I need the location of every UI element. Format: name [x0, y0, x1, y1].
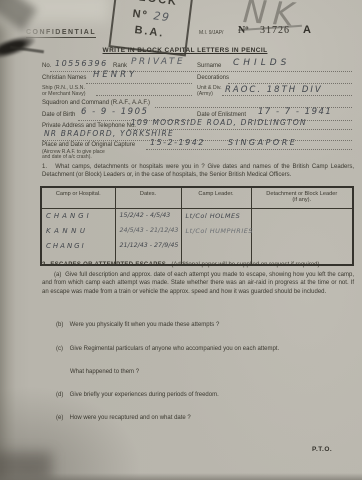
question-2e-letter: (e) [56, 415, 68, 421]
pto-note: P.T.O. [312, 446, 332, 453]
question-2-title: ESCAPES OR ATTEMPTED ESCAPES. [50, 262, 168, 268]
col-header-dates: Dates. [115, 187, 181, 209]
christian-names-label: Christian Names [42, 75, 86, 82]
leader-column: Lt/Col HOLMES Lt/Col HUMPHRIES [181, 209, 251, 266]
question-2c-text: Give Regimental particulars of anyone wh… [70, 346, 279, 352]
question-2-number: 2. [42, 262, 47, 268]
bottom-left-smudge [0, 452, 52, 480]
date-of-birth-value: 6 - 9 - 1905 [81, 107, 148, 117]
ref-label: M.I. 9/JAP/ [199, 30, 223, 36]
christian-names-value: HENRY [93, 70, 137, 80]
date-of-birth-label: Date of Birth [42, 112, 75, 119]
question-2d-letter: (d) [56, 392, 68, 398]
ref-suffix: A [303, 24, 311, 36]
field-line [96, 94, 192, 96]
camps-table-header-row: Camp or Hospital. Dates. Camp Leader. De… [41, 187, 353, 209]
question-2d: (d) Give briefly your experiences during… [56, 392, 219, 398]
camp-entry: CHANGI [46, 242, 113, 257]
ship-label-line2: or Merchant Navy) [42, 91, 86, 97]
surname-label: Surname [197, 63, 221, 70]
ref-no-label: Nº [238, 25, 249, 36]
ship-label: Ship (R.N., U.S.N. or Merchant Navy) [42, 85, 86, 98]
ref-number: 31726 [260, 25, 290, 36]
field-line [228, 82, 352, 84]
camps-table-body-row: CHANGI KANNU CHANGI 15/2/42 - 4/5/43 24/… [41, 209, 353, 266]
capture-place-value: SINGAPORE [228, 138, 297, 147]
dates-entry: 15/2/42 - 4/5/43 [120, 212, 179, 227]
question-2c: (c) Give Regimental particulars of anyon… [56, 346, 279, 352]
address-value-line1: 109 MOORSIDE ROAD, DRIDLINGTON [131, 118, 307, 127]
dates-entry: 24/5/43 - 21/12/43 [120, 227, 179, 242]
capture-sublabel-line2: and date of a/c crash). [42, 154, 92, 160]
question-2-heading: 2. ESCAPES OR ATTEMPTED ESCAPES. (Additi… [42, 262, 354, 268]
question-2a-letter: (a) [54, 272, 61, 278]
field-line [146, 148, 352, 150]
field-line [86, 82, 192, 84]
stamp-no-value: 29 [153, 9, 171, 24]
surname-value: CHILDS [233, 58, 290, 68]
question-2c-letter: (c) [56, 346, 68, 352]
question-2a-text: Give full description and approx. date o… [42, 272, 354, 295]
dates-entry: 21/12/43 - 27/9/45 [120, 242, 179, 257]
question-2b: (b) Were you physically fit when you mad… [56, 322, 219, 328]
dates-column: 15/2/42 - 4/5/43 24/5/43 - 21/12/43 21/1… [115, 209, 181, 266]
squadron-label: Squadron and Command (R.A.F., A.A.F.) [42, 100, 150, 107]
pow-questionnaire-document: BLOCK Nº 29 B.A. NK CONFIDENTIAL M.I. 9/… [0, 0, 362, 480]
detachment-entry [256, 212, 351, 227]
binding-wire-mark [10, 46, 44, 54]
unit-label: Unit & Div. (Army) [197, 85, 222, 98]
decorations-label: Decorations [197, 75, 229, 82]
question-2b-letter: (b) [56, 322, 68, 328]
question-2e-text: How were you recaptured and on what date… [70, 415, 191, 421]
question-2b-text: Were you physically fit when you made th… [70, 322, 220, 328]
form-instruction: WRITE IN BLOCK CAPITAL LETTERS IN PENCIL [70, 47, 300, 54]
question-2-note: (Additional paper will be supplied on re… [171, 262, 321, 268]
question-2c-followup: What happened to them ? [70, 369, 139, 375]
question-1: 1. What camps, detachments or hospitals … [42, 163, 354, 180]
question-2c-followup-text: What happened to them ? [70, 369, 139, 375]
question-1-number: 1. [42, 164, 47, 170]
detachment-entry [256, 227, 351, 242]
top-left-light-patch [0, 0, 110, 22]
rank-label: Rank [113, 63, 127, 70]
camps-table: Camp or Hospital. Dates. Camp Leader. De… [40, 186, 354, 266]
field-line [222, 94, 352, 96]
detachment-entry [256, 242, 351, 257]
capture-label: Place and Date of Original Capture [42, 142, 135, 149]
corner-crease-mark [0, 0, 37, 31]
rank-value: PRIVATE [131, 57, 185, 67]
address-value-line2: NR BRADFORD, YORKSHIRE [44, 129, 174, 138]
date-of-enlistment-value: 17 - 7 - 1941 [258, 107, 332, 117]
question-2a: (a) Give full description and approx. da… [42, 271, 354, 296]
detachment-column [251, 209, 353, 266]
camp-entry: KANNU [46, 227, 113, 242]
leader-entry: Lt/Col HUMPHRIES [186, 227, 249, 242]
confidential-marking: CONFIDENTIAL [26, 29, 96, 38]
col-header-camp: Camp or Hospital. [41, 187, 115, 209]
col-header-leader: Camp Leader. [181, 187, 251, 209]
capture-date-value: 15-2-1942 [150, 138, 205, 147]
camp-entry: CHANGI [46, 212, 113, 227]
no-label: No. [42, 63, 51, 70]
no-value: 10556396 [55, 59, 108, 68]
leader-entry: Lt/Col HOLMES [186, 212, 249, 227]
question-2d-text: Give briefly your experiences during per… [70, 392, 219, 398]
stamp-no-label: Nº [132, 8, 149, 22]
question-2e: (e) How were you recaptured and on what … [56, 415, 191, 421]
unit-label-line2: (Army) [197, 91, 222, 97]
camp-column: CHANGI KANNU CHANGI [41, 209, 115, 266]
leader-entry [186, 242, 249, 257]
col-header-detachment: Detachment or Block Leader (if any). [251, 187, 353, 209]
question-1-text: What camps, detachments or hospitals wer… [42, 164, 354, 178]
